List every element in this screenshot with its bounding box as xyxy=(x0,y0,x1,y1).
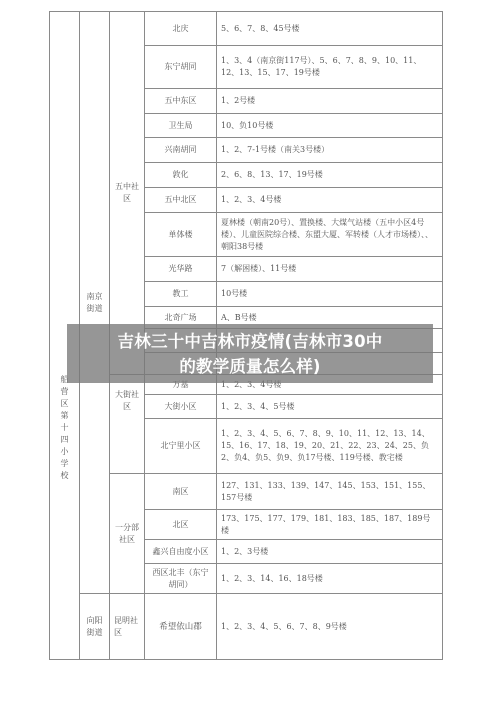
residence-cell: 兴南胡同 xyxy=(145,138,217,163)
buildings-cell: 夏林楼（朝南20号）、置换楼、大煤气站楼（五中小区4号楼）、儿童医院综合楼、东盟… xyxy=(217,213,443,257)
residence-cell: 鑫兴自由度小区 xyxy=(145,540,217,564)
table-row: 向阳街道 昆明社区 希望依山郡 1、2、3、4、5、6、7、8、9号楼 xyxy=(50,594,443,660)
street-cell: 南京街道 xyxy=(80,12,110,594)
school-char: 学 xyxy=(54,458,75,470)
buildings-cell: 1、2号楼 xyxy=(217,89,443,114)
buildings-cell: 173、175、177、179、181、183、185、187、189号楼 xyxy=(217,510,443,540)
school-char: 四 xyxy=(54,434,75,446)
residence-cell: 五中北区 xyxy=(145,188,217,213)
community-name: 一分部社区 xyxy=(115,523,139,544)
residence-cell: 单体楼 xyxy=(145,213,217,257)
community-name: 昆明社区 xyxy=(114,616,138,637)
residence-cell: 教工 xyxy=(145,282,217,307)
title-overlay-banner: 吉林三十中吉林市疫情(吉林市30中 的教学质量怎么样) xyxy=(67,324,433,383)
residence-cell: 卫生局 xyxy=(145,114,217,138)
buildings-cell: 127、131、133、139、147、145、153、151、155、157号… xyxy=(217,474,443,510)
buildings-cell: 1、2、3号楼 xyxy=(217,540,443,564)
community-cell: 昆明社区 xyxy=(110,594,145,660)
school-char: 十 xyxy=(54,422,75,434)
residence-cell: 北区 xyxy=(145,510,217,540)
buildings-cell: 1、2、7-1号楼（南关3号楼） xyxy=(217,138,443,163)
street-name: 南京街道 xyxy=(87,292,103,313)
residence-cell: 五中东区 xyxy=(145,89,217,114)
buildings-cell: 1、2、3、14、16、18号楼 xyxy=(217,564,443,594)
residence-cell: 希望依山郡 xyxy=(145,594,217,660)
school-char: 校 xyxy=(54,470,75,482)
residence-cell: 光华路 xyxy=(145,257,217,282)
buildings-cell: 1、2、3、4号楼 xyxy=(217,188,443,213)
buildings-cell: 5、6、7、8、45号楼 xyxy=(217,12,443,46)
residence-cell: 东宁胡同 xyxy=(145,46,217,89)
overlay-title-line2: 的教学质量怎么样) xyxy=(179,354,320,379)
school-char: 小 xyxy=(54,446,75,458)
overlay-title-line1: 吉林三十中吉林市疫情(吉林市30中 xyxy=(118,329,383,354)
school-char: 区 xyxy=(54,398,75,410)
buildings-cell: 7（解困楼）、11号楼 xyxy=(217,257,443,282)
buildings-cell: 1、2、3、4、5、6、7、8、9号楼 xyxy=(217,594,443,660)
community-name: 大街社区 xyxy=(115,390,139,411)
buildings-cell: 1、2、3、4、5号楼 xyxy=(217,395,443,419)
residence-cell: 北庆 xyxy=(145,12,217,46)
buildings-cell: 2、6、8、13、17、19号楼 xyxy=(217,163,443,188)
community-cell: 五中社区 xyxy=(110,12,145,375)
residence-cell: 西区北丰（东宁胡同） xyxy=(145,564,217,594)
buildings-cell: 10、负10号楼 xyxy=(217,114,443,138)
residence-cell: 大街小区 xyxy=(145,395,217,419)
street-name: 向阳街道 xyxy=(87,616,103,637)
school-char: 第 xyxy=(54,410,75,422)
buildings-cell: 1、3、4（南京街117号）、5、6、7、8、9、10、11、12、13、15、… xyxy=(217,46,443,89)
residence-cell: 敦化 xyxy=(145,163,217,188)
residence-cell: 南区 xyxy=(145,474,217,510)
residence-cell: 北宁里小区 xyxy=(145,419,217,474)
community-cell: 一分部社区 xyxy=(110,474,145,594)
community-name: 五中社区 xyxy=(115,182,139,203)
buildings-cell: 10号楼 xyxy=(217,282,443,307)
table-row: 船 营 区 第 十 四 小 学 校 南京街道 五中社区 北庆 5、6、7、8、4… xyxy=(50,12,443,46)
street-cell: 向阳街道 xyxy=(80,594,110,660)
buildings-cell: 1、2、3、4、5、6、7、8、9、10、11、12、13、14、15、16、1… xyxy=(217,419,443,474)
school-char: 营 xyxy=(54,386,75,398)
community-cell: 大街社区 xyxy=(110,375,145,474)
